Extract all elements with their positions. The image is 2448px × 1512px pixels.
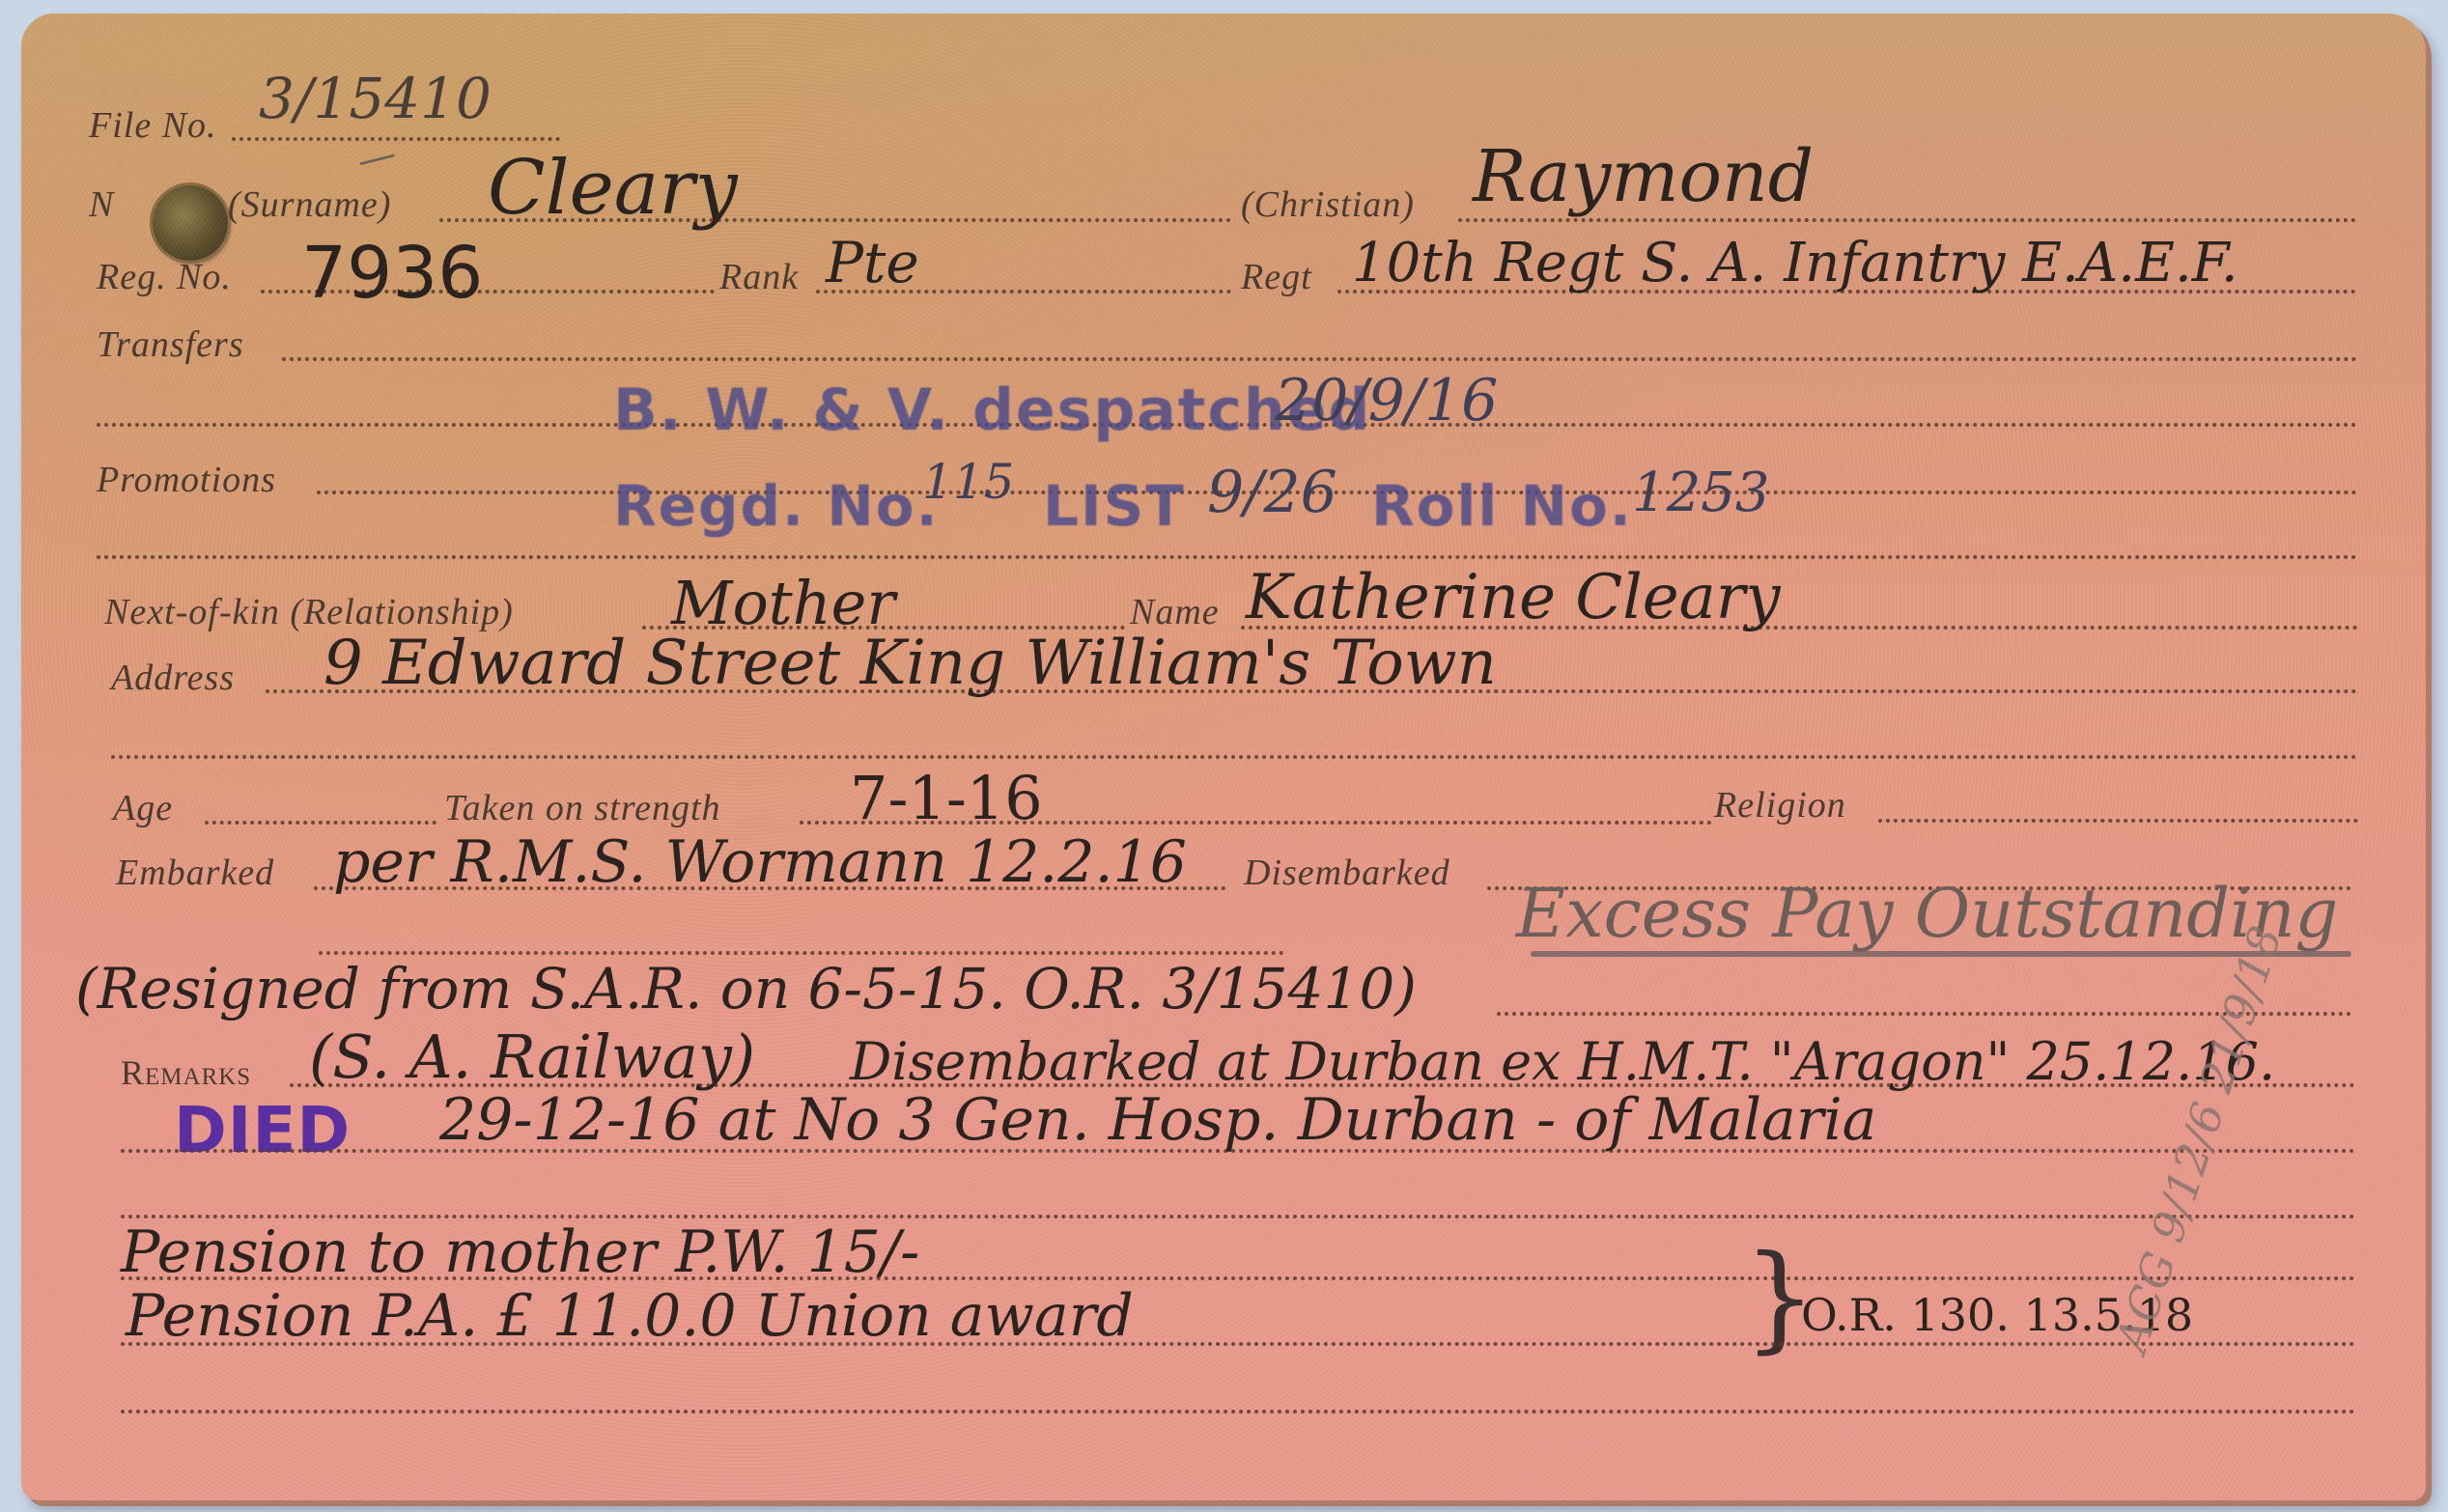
excess-pay-underline [1531,951,2351,957]
taken-on-strength-label: Taken on strength [444,787,721,829]
bottom-line [121,1410,2356,1414]
rivet-icon [153,185,228,261]
regd-no-value: 115 [922,454,1014,510]
religion-line [1878,819,2358,823]
embarked-label: Embarked [116,852,274,894]
regt-label: Regt [1241,256,1312,298]
age-label: Age [113,787,173,829]
disembarked-label: Disembarked [1244,852,1450,894]
regd-no-stamp: Regd. No. [613,473,940,539]
address-label: Address [111,657,235,699]
pension-note-1: Pension to mother P.W. 15/- [121,1218,919,1286]
resigned-note: (Resigned from S.A.R. on 6-5-15. O.R. 3/… [75,956,1417,1022]
died-stamp: DIED [174,1093,351,1167]
taken-on-strength-value: 7-1-16 [850,763,1043,833]
embarked-value: per R.M.S. Wormann 12.2.16 [333,828,1187,896]
reg-no-value: 7936 [301,232,483,315]
christian-value: Raymond [1473,135,1814,218]
remarks-line-1: Disembarked at Durban ex H.M.T. "Aragon"… [850,1031,2275,1092]
promotions-label: Promotions [97,459,276,501]
despatched-stamp: B. W. & V. despatched [613,377,1371,444]
reg-no-label: Reg. No. [97,256,232,298]
rank-value: Pte [826,230,919,295]
nok-name-value: Katherine Cleary [1246,562,1781,633]
remarks-line-2-text: 29-12-16 at No 3 Gen. Hosp. Durban - of … [439,1086,1876,1154]
name-label-prefix: N [89,183,114,226]
address-value: 9 Edward Street King William's Town [324,628,1497,699]
blank-line-left [319,951,1284,955]
religion-label: Religion [1714,784,1846,826]
file-no-line [232,137,560,141]
remarks-label: Remarks [121,1052,251,1093]
surname-label: (Surname) [228,183,391,226]
list-value: 9/26 [1207,459,1337,526]
transfers-line [282,357,2358,361]
railway-note: (S. A. Railway) [309,1022,755,1092]
transfers-label: Transfers [97,323,244,366]
list-stamp: LIST [1043,473,1186,539]
regt-value: 10th Regt S. A. Infantry E.A.E.F. [1352,232,2238,294]
file-no-label: File No. [89,104,217,147]
address-line-2 [111,755,2358,759]
rank-label: Rank [719,256,799,298]
file-no-value: 3/15410 [259,66,492,131]
christian-line [1458,218,2356,222]
surname-value: Cleary [488,145,738,232]
pension-note-2: Pension P.A. £ 11.0.0 Union award [126,1282,1134,1350]
roll-value: 1253 [1632,462,1770,524]
despatched-date: 20/9/16 [1275,367,1498,434]
christian-label: (Christian) [1241,183,1415,226]
promotions-line-2 [97,555,2358,559]
age-line [205,821,436,825]
roll-stamp: Roll No. [1371,473,1633,539]
excess-pay-note: Excess Pay Outstanding [1516,874,2338,953]
